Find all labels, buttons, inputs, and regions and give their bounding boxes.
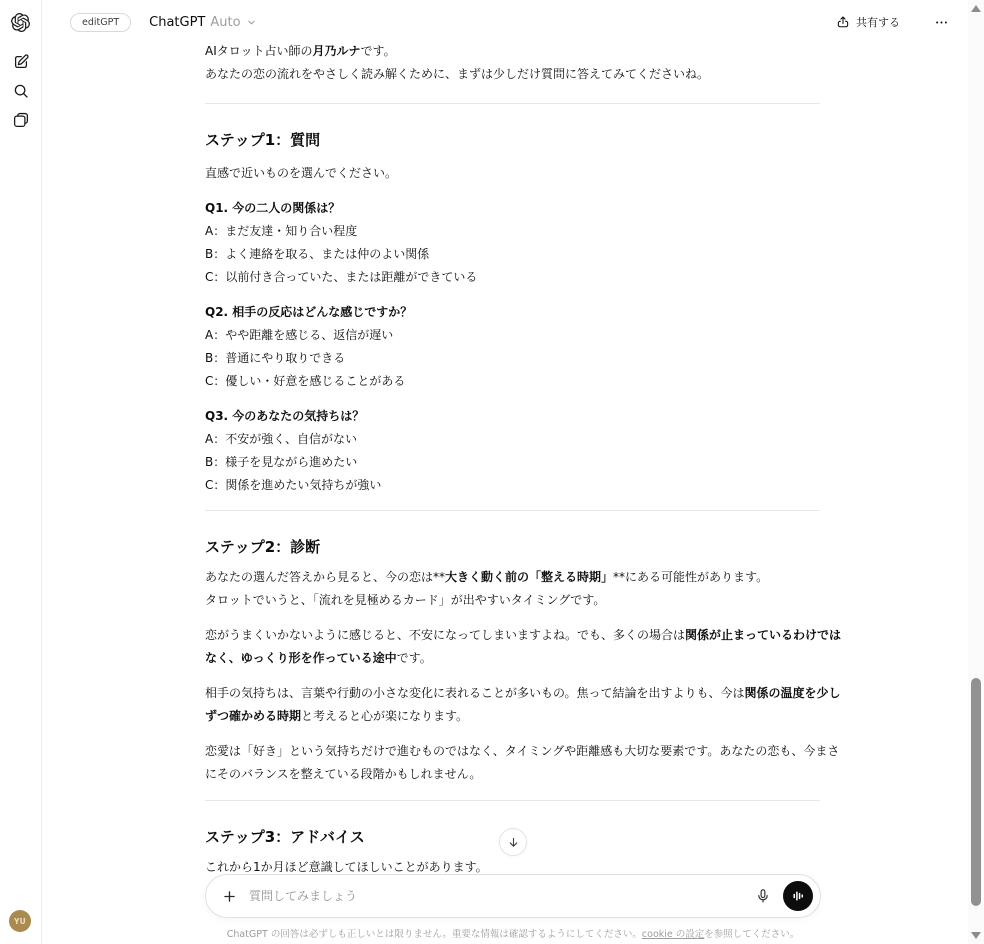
diagnosis-paragraph-1: あなたの選んだ答えから見ると、今の恋は**大きく動く前の「整える時期」**にある… [205, 566, 848, 612]
voice-mode-button[interactable] [783, 881, 813, 911]
more-options-button[interactable] [930, 11, 953, 34]
question-option: B：様子を見ながら進めたい [205, 451, 848, 474]
divider [205, 800, 820, 801]
disclaimer-text: ChatGPT の回答は必ずしも正しいとは限りません。重要な情報は確認するように… [227, 929, 642, 940]
library-button[interactable] [8, 107, 34, 133]
diagnosis-paragraph-2: 恋がうまくいかないように感じると、不安になってしまいますよね。でも、多くの場合は… [205, 624, 848, 670]
diagnosis-p1-line2: タロットでいうと、「流れを見極めるカード」が出やすいタイミングです。 [205, 589, 848, 612]
cookie-settings-link[interactable]: cookie の設定 [642, 929, 704, 940]
diagnosis-p1-line1: あなたの選んだ答えから見ると、今の恋は**大きく動く前の「整える時期」**にある… [205, 566, 848, 589]
chatgpt-logo-icon[interactable] [8, 9, 34, 35]
question-title: Q1. 今の二人の関係は？ [205, 197, 848, 220]
diagnosis-paragraph-4: 恋愛は「好き」という気持ちだけで進むものではなく、タイミングや距離感も大切な要素… [205, 740, 848, 786]
chevron-down-icon [246, 17, 257, 28]
scrollbar-down-arrow[interactable] [971, 932, 981, 939]
scrollbar[interactable] [968, 0, 984, 944]
diagnosis-paragraph-3: 相手の気持ちは、言葉や行動の小さな変化に表れることが多いもの。焦って結論を出すよ… [205, 682, 848, 728]
question-block-1: Q1. 今の二人の関係は？ A：まだ友達・知り合い程度 B：よく連絡を取る、また… [205, 197, 848, 289]
arrow-down-icon [507, 836, 520, 849]
question-option: C：以前付き合っていた、または距離ができている [205, 266, 848, 289]
question-option: A：やや距離を感じる、返信が遅い [205, 324, 848, 347]
search-icon [12, 82, 30, 100]
question-option: A：不安が強く、自信がない [205, 428, 848, 451]
question-option: B：よく連絡を取る、または仲のよい関係 [205, 243, 848, 266]
question-title: Q3. 今のあなたの気持ちは？ [205, 405, 848, 428]
user-avatar[interactable]: YU [9, 910, 31, 932]
question-block-2: Q2. 相手の反応はどんな感じですか？ A：やや距離を感じる、返信が遅い B：普… [205, 301, 848, 393]
new-chat-icon [12, 53, 30, 71]
question-title: Q2. 相手の反応はどんな感じですか？ [205, 301, 848, 324]
editgpt-badge[interactable]: editGPT [70, 13, 131, 32]
scroll-to-bottom-button[interactable] [499, 828, 527, 856]
sidebar: YU [0, 0, 42, 944]
divider [205, 510, 820, 511]
question-option: C：優しい・好意を感じることがある [205, 370, 848, 393]
ellipsis-icon [934, 15, 949, 30]
question-block-3: Q3. 今のあなたの気持ちは？ A：不安が強く、自信がない B：様子を見ながら進… [205, 405, 848, 497]
top-bar: editGPT ChatGPT Auto 共有する [42, 0, 968, 44]
question-option: C：関係を進めたい気持ちが強い [205, 474, 848, 497]
question-option: B：普通にやり取りできる [205, 347, 848, 370]
scrollbar-thumb[interactable] [971, 678, 981, 906]
app-title: ChatGPT [149, 15, 205, 30]
new-chat-button[interactable] [8, 49, 34, 75]
composer [205, 874, 821, 918]
intro-line-2: あなたの恋の流れをやさしく読み解くために、まずは少しだけ質問に答えてみてください… [205, 63, 848, 86]
dictate-button[interactable] [755, 888, 771, 904]
topbar-actions: 共有する [828, 9, 953, 35]
share-button[interactable]: 共有する [828, 9, 908, 35]
microphone-icon [755, 888, 771, 904]
divider [205, 103, 820, 104]
library-icon [12, 111, 30, 129]
share-icon [836, 15, 850, 29]
attach-button[interactable] [221, 888, 238, 905]
question-option: A：まだ友達・知り合い程度 [205, 220, 848, 243]
assistant-message: AIタロット占い師の月乃ルナです。 あなたの恋の流れをやさしく読み解くために、ま… [205, 40, 848, 879]
voice-waveform-icon [790, 888, 806, 904]
scrollbar-up-arrow[interactable] [971, 5, 981, 12]
share-label: 共有する [856, 14, 900, 30]
disclaimer-text-post: を参照してください。 [704, 929, 799, 940]
intro-paragraph: AIタロット占い師の月乃ルナです。 あなたの恋の流れをやさしく読み解くために、ま… [205, 40, 848, 86]
search-button[interactable] [8, 78, 34, 104]
step1-heading: ステップ1：質問 [205, 130, 848, 150]
step2-heading: ステップ2：診断 [205, 537, 848, 557]
step1-lead: 直感で近いものを選んでください。 [205, 162, 848, 185]
openai-logo-icon [11, 13, 30, 32]
model-switcher[interactable]: ChatGPT Auto [143, 11, 262, 34]
plus-icon [221, 888, 238, 905]
disclaimer: ChatGPT の回答は必ずしも正しいとは限りません。重要な情報は確認するように… [205, 928, 821, 942]
message-input[interactable] [249, 889, 755, 903]
model-mode-label: Auto [210, 15, 240, 30]
